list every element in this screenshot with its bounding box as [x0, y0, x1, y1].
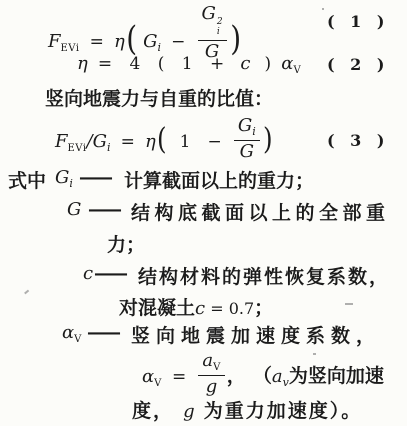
last-line: 度， g 为重力加速度）。: [132, 396, 362, 423]
eq3-open-paren: (: [157, 128, 167, 152]
def-g-desc: 结构底截面以上的全部重: [131, 198, 390, 225]
scan-speck: [24, 290, 29, 294]
eq2-alpha: α: [281, 53, 293, 74]
intro-sentence: 竖向地震力与自重的比值：: [45, 84, 273, 111]
eq1-num-G: G: [202, 3, 216, 24]
eq2-body: = 4 ( 1 +: [98, 54, 230, 74]
av-comma: ，: [227, 365, 246, 387]
eq2-close-paren: ): [265, 54, 272, 74]
eq1-F: F: [48, 31, 61, 52]
eq2-c: c: [240, 53, 250, 74]
eq1-num-supsub: 2i: [217, 17, 223, 38]
def-g-desc-continued: 力；: [107, 230, 145, 257]
eq1-open-paren: (: [126, 26, 137, 53]
equation-1: FEVi = η( Gi − G2i G ): [48, 4, 242, 50]
eq3-F-subscript: EVi: [68, 143, 87, 154]
av-tail-text: 为竖向加速: [289, 365, 384, 387]
def-gi-term-sub: i: [69, 177, 73, 190]
def-c-cont-text: 对混凝土: [119, 297, 195, 319]
eq3-num-G: G: [238, 115, 252, 136]
eq1-close-paren: ): [230, 26, 241, 53]
eq3-equals: =: [121, 132, 135, 152]
eq1-Gi: G: [143, 31, 157, 52]
eq1-minus: −: [171, 32, 185, 52]
av-formula: αV = aV g ， （av为竖向加速: [142, 351, 384, 393]
last-line-pre: 度，: [132, 400, 174, 422]
last-line-g: g: [183, 401, 195, 422]
def-c-desc-continued: 对混凝土c = 0.7；: [119, 293, 273, 320]
scan-speck: [322, 8, 324, 10]
eq1-num-sub: i: [217, 27, 220, 37]
def-gi-term-G: G: [55, 167, 69, 188]
eq3-fraction-numerator: Gi: [234, 116, 260, 141]
eq1-Gi-subscript: i: [158, 41, 162, 54]
av-num-sub: V: [213, 362, 221, 373]
av-fraction-denominator: g: [198, 376, 224, 397]
eq3-G: G: [93, 131, 107, 152]
av-fraction: aV g: [198, 351, 224, 397]
av-num-a: a: [202, 350, 213, 371]
eq1-number: ( 1 ): [327, 12, 389, 31]
av-equals: =: [172, 367, 186, 387]
eq3-one: 1: [180, 132, 191, 152]
equation-2: η = 4 ( 1 + c ) αV: [77, 53, 301, 76]
scan-speck: [313, 353, 316, 355]
eq2-eta: η: [77, 53, 88, 74]
def-gi-term: Gi: [55, 167, 73, 190]
av-fraction-numerator: aV: [198, 351, 224, 376]
av-a: a: [272, 366, 283, 387]
eq1-eta: η: [114, 31, 125, 52]
def-av-dash: ——: [87, 322, 119, 343]
eq2-number: ( 2 ): [327, 55, 389, 74]
def-av-term: αV: [62, 322, 82, 345]
eq3-fraction: Gi G: [234, 116, 260, 162]
last-line-post: 为重力加速度）。: [204, 400, 363, 422]
def-gi-dash: ——: [79, 167, 111, 188]
av-alpha: α: [142, 366, 154, 387]
def-g-term: G: [67, 199, 81, 220]
eq3-close-paren: ): [263, 128, 273, 152]
def-av-term-sub: V: [74, 334, 82, 345]
def-gi-desc: 计算截面以上的重力；: [124, 166, 314, 193]
def-c-dash: ——: [94, 263, 126, 284]
equation-3: FEVi/Gi = η( 1 − Gi G ): [55, 116, 274, 162]
def-g-dash: ——: [88, 199, 120, 220]
eq3-eta: η: [145, 131, 156, 152]
av-alpha-subscript: V: [154, 378, 162, 389]
def-c-desc: 结构材料的弹性恢复系数，: [138, 262, 390, 289]
eq1-fraction-numerator: G2i: [198, 4, 227, 41]
eq3-minus: −: [208, 132, 222, 152]
def-av-desc: 竖向地震加速度系数，: [131, 321, 381, 348]
eq1-equals: =: [90, 32, 104, 52]
where-label: 式中: [8, 166, 46, 193]
eq3-number: ( 3 ): [327, 131, 389, 150]
scanned-document-page: FEVi = η( Gi − G2i G ) ( 1 ) η = 4 ( 1 +…: [0, 0, 407, 426]
def-c-semicolon: ；: [254, 297, 273, 319]
eq2-alpha-subscript: V: [293, 65, 301, 76]
av-open-paren: （: [253, 365, 272, 387]
eq3-fraction-denominator: G: [234, 141, 260, 162]
def-c-term: c: [83, 263, 93, 284]
def-c-value: = 0.7: [205, 299, 254, 318]
def-c-var: c: [195, 298, 205, 319]
eq3-F: F: [55, 131, 68, 152]
scan-speck: [345, 303, 353, 305]
eq3-num-sub: i: [252, 125, 256, 138]
def-av-term-alpha: α: [62, 322, 74, 343]
eq3-G-subscript: i: [107, 141, 111, 154]
eq1-num-sup: 2: [217, 17, 223, 27]
